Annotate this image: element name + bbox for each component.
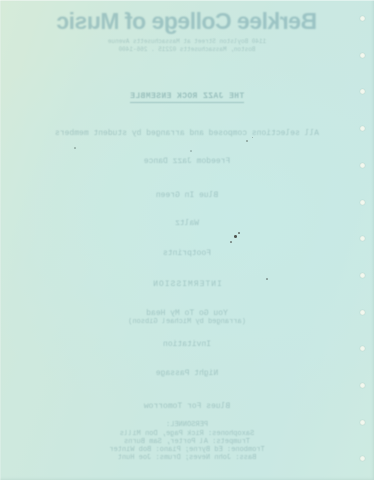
punch-hole [360, 236, 365, 241]
program-subtitle-line: All selections composed and arranged by … [0, 130, 374, 138]
personnel-line: Saxophones: Rick Page, Don Mills [0, 431, 374, 438]
scanned-program-page: Berklee College of Music 1140 Boylston S… [0, 0, 374, 480]
punch-hole [360, 346, 365, 351]
punch-hole [360, 200, 365, 205]
ink-speck [246, 140, 248, 142]
college-logo-script: Berklee College of Music [0, 10, 374, 33]
personnel-line: Trombone: Ed Byrne; Piano: Bob Winter [0, 447, 374, 454]
program-title: THE JAZZ ROCK ENSEMBLE [0, 93, 374, 101]
personnel-line: Trumpets: Al Porter, Sam Burns [0, 439, 374, 446]
program-piece: Night Passage [0, 370, 374, 378]
program-piece: Blue In Green [0, 192, 374, 200]
ink-speck [74, 147, 76, 149]
punch-hole [360, 163, 365, 168]
punch-hole [360, 310, 365, 315]
program-piece: Invitation [0, 341, 374, 349]
program-piece: Blues For Tomorrow [0, 403, 374, 411]
intermission-line: INTERMISSION [0, 281, 374, 289]
address-line-2: Boston, Massachusetts 02215 . 266-1400 [0, 47, 374, 53]
program-piece: You Go To My Head [0, 310, 374, 318]
ink-speck [190, 150, 192, 152]
address-line-1: 1140 Boylston Street at Massachusetts Av… [0, 39, 374, 45]
punch-hole [360, 420, 365, 425]
ink-speck [266, 278, 268, 280]
program-piece: Freedom Jazz Dance [0, 158, 374, 166]
punch-hole [360, 383, 365, 388]
ink-speck [234, 235, 237, 238]
ink-speck [238, 232, 240, 234]
punch-hole [360, 53, 365, 58]
punch-hole [360, 273, 365, 278]
ink-speck [230, 241, 232, 243]
program-piece: Footprints [0, 250, 374, 258]
program-credit-line: (arranged by Michael Gibson) [0, 319, 374, 326]
punch-hole [360, 16, 365, 21]
program-piece: Waltz [0, 220, 374, 228]
personnel-heading: PERSONNEL: [0, 422, 374, 429]
personnel-line: Bass: John Neves; Drums: Joe Hunt [0, 455, 374, 462]
